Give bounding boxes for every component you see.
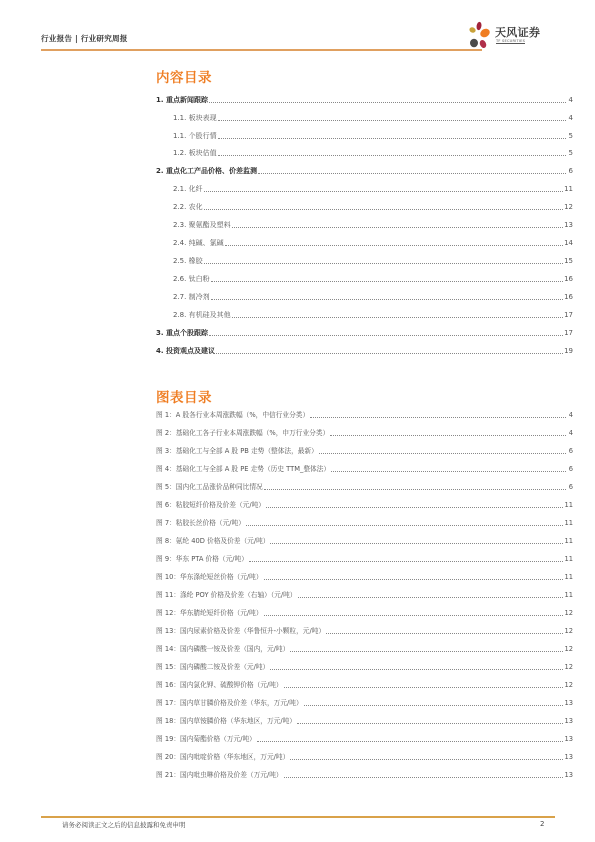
figure-entry[interactable]: 图 17：国内草甘膦价格及价差（华东，万元/吨） 13 (156, 696, 573, 708)
figure-entry-page: 13 (564, 716, 573, 726)
toc-entry-page: 5 (567, 131, 573, 141)
figure-entry-page: 4 (567, 410, 573, 420)
dot-leader (284, 686, 564, 688)
figure-entry[interactable]: 图 12：华东腈纶短纤价格（元/吨） 12 (156, 606, 573, 618)
figure-entry[interactable]: 图 15：国内磷酸二铵及价差（元/吨） 12 (156, 660, 573, 672)
figure-entry-label: 图 19：国内菊酯价格（万元/吨） (156, 734, 256, 744)
toc-entry-label: 4. 投资观点及建议 (156, 346, 215, 356)
toc-entry[interactable]: 2.8. 有机硅及其他 17 (156, 308, 573, 320)
figure-entry-page: 6 (567, 482, 573, 492)
toc-entry-label: 2.4. 纯碱、氯碱 (173, 238, 224, 248)
figure-entry-page: 6 (567, 446, 573, 456)
figure-entry-label: 图 9：华东 PTA 价格（元/吨） (156, 554, 248, 564)
figure-entry[interactable]: 图 11：涤纶 POY 价格及价差（右轴）（元/吨） 11 (156, 588, 573, 600)
toc-entry-page: 16 (564, 274, 573, 284)
figure-entry-label: 图 16：国内氯化钾、硫酸钾价格（元/吨） (156, 680, 283, 690)
figure-entry-page: 12 (564, 608, 573, 618)
toc-entry[interactable]: 2.6. 钛白粉 16 (156, 272, 573, 284)
dot-leader (297, 722, 564, 724)
dot-leader (204, 208, 563, 210)
dot-leader (211, 280, 563, 282)
figure-entry-label: 图 4：基础化工与全部 A 股 PE 走势（历史 TTM_整体法） (156, 464, 330, 474)
figure-entry-label: 图 12：华东腈纶短纤价格（元/吨） (156, 608, 263, 618)
dot-leader (204, 262, 563, 264)
toc-entry[interactable]: 2.2. 农化 12 (156, 200, 573, 212)
figure-entry-page: 11 (564, 572, 573, 582)
footer-divider (41, 816, 555, 818)
toc-entry-label: 2. 重点化工产品价格、价差监测 (156, 166, 257, 176)
logo-english-name: TF SECURITIES (496, 39, 525, 44)
toc-entry[interactable]: 2. 重点化工产品价格、价差监测 6 (156, 164, 573, 176)
dot-leader (284, 776, 564, 778)
figure-entry-page: 12 (564, 680, 573, 690)
dot-leader (270, 668, 563, 670)
toc-entry-page: 4 (567, 113, 573, 123)
figure-entry-label: 图 5：国内化工品涨价品种同比情况 (156, 482, 263, 492)
figure-entry[interactable]: 图 10：华东涤纶短丝价格（元/吨） 11 (156, 570, 573, 582)
dot-leader (218, 137, 566, 139)
dot-leader (246, 524, 564, 526)
dot-leader (232, 316, 563, 318)
dot-leader (331, 470, 566, 472)
dot-leader (225, 244, 563, 246)
figure-entry-label: 图 14：国内磷酸一铵及价差（国内，元/吨） (156, 644, 289, 654)
toc-entry-page: 17 (564, 310, 573, 320)
figure-entry-label: 图 8：氨纶 40D 价格及价差（元/吨） (156, 536, 269, 546)
figure-entry[interactable]: 图 9：华东 PTA 价格（元/吨） 11 (156, 552, 573, 564)
dot-leader (204, 190, 563, 192)
figure-entry-page: 12 (564, 644, 573, 654)
toc-title: 内容目录 (156, 66, 212, 86)
toc-entry[interactable]: 2.3. 聚氨酯及塑料 13 (156, 218, 573, 230)
company-logo: 天风证券 TF SECURITIES (468, 21, 578, 51)
dot-leader (249, 560, 564, 562)
toc-entry[interactable]: 4. 投资观点及建议 19 (156, 344, 573, 356)
toc-entry[interactable]: 2.4. 纯碱、氯碱 14 (156, 236, 573, 248)
dot-leader (290, 650, 563, 652)
dot-leader (304, 704, 564, 706)
dot-leader (264, 488, 566, 490)
toc-entry[interactable]: 2.7. 制冷剂 16 (156, 290, 573, 302)
figure-entry[interactable]: 图 5：国内化工品涨价品种同比情况 6 (156, 480, 573, 492)
dot-leader (257, 740, 564, 742)
toc-entry-page: 19 (564, 346, 573, 356)
figure-entry-page: 13 (564, 770, 573, 780)
dot-leader (209, 101, 566, 103)
figure-entry-page: 11 (564, 518, 573, 528)
figure-entry[interactable]: 图 1：A 股各行业本周涨跌幅（%，中信行业分类） 4 (156, 408, 573, 420)
dot-leader (330, 434, 566, 436)
figure-entry-page: 4 (567, 428, 573, 438)
toc-entry-label: 1.1. 个股行情 (173, 131, 217, 141)
page-number: 2 (540, 820, 544, 828)
toc-entry-page: 14 (564, 238, 573, 248)
dot-leader (326, 632, 563, 634)
dot-leader (264, 614, 564, 616)
toc-entry-page: 13 (564, 220, 573, 230)
disclaimer-notice: 请务必阅读正文之后的信息披露和免责申明 (62, 820, 186, 829)
header-divider (41, 49, 482, 51)
figure-entry-page: 11 (564, 500, 573, 510)
figure-entry[interactable]: 图 16：国内氯化钾、硫酸钾价格（元/吨） 12 (156, 678, 573, 690)
toc-entry-page: 12 (564, 202, 573, 212)
toc-entry-page: 11 (564, 184, 573, 194)
dot-leader (232, 226, 563, 228)
toc-entry-label: 3. 重点个股跟踪 (156, 328, 208, 338)
toc-entry-page: 16 (564, 292, 573, 302)
dot-leader (211, 298, 563, 300)
toc-entry[interactable]: 2.5. 橡胶 15 (156, 254, 573, 266)
toc-entry-label: 2.6. 钛白粉 (173, 274, 210, 284)
figure-entry-page: 12 (564, 662, 573, 672)
toc-entry-label: 2.3. 聚氨酯及塑料 (173, 220, 231, 230)
dot-leader (310, 416, 566, 418)
dot-leader (290, 758, 563, 760)
toc-entry-label: 1. 重点新闻跟踪 (156, 95, 208, 105)
toc-entry-page: 5 (567, 148, 573, 158)
figure-entry[interactable]: 图 4：基础化工与全部 A 股 PE 走势（历史 TTM_整体法） 6 (156, 462, 573, 474)
figure-entry[interactable]: 图 8：氨纶 40D 价格及价差（元/吨） 11 (156, 534, 573, 546)
figure-entry-page: 12 (564, 626, 573, 636)
toc-entry-label: 2.7. 制冷剂 (173, 292, 210, 302)
toc-entry[interactable]: 2.1. 化纤 11 (156, 182, 573, 194)
toc-entry[interactable]: 3. 重点个股跟踪 17 (156, 326, 573, 338)
figure-entry[interactable]: 图 2：基础化工各子行业本周涨跌幅（%，申万行业分类） 4 (156, 426, 573, 438)
toc-entry[interactable]: 1. 重点新闻跟踪 4 (156, 93, 573, 105)
toc-entry-label: 2.8. 有机硅及其他 (173, 310, 231, 320)
toc-entry-label: 1.1. 板块表现 (173, 113, 217, 123)
toc-entry-label: 1.2. 板块估值 (173, 148, 217, 158)
dot-leader (266, 506, 564, 508)
figure-entry[interactable]: 图 19：国内菊酯价格（万元/吨） 13 (156, 732, 573, 744)
toc-entry-label: 2.5. 橡胶 (173, 256, 203, 266)
toc-entry-page: 4 (567, 95, 573, 105)
figure-entry-page: 11 (564, 590, 573, 600)
figure-entry-label: 图 3：基础化工与全部 A 股 PB 走势（整体法，最新） (156, 446, 318, 456)
figure-entry-label: 图 17：国内草甘膦价格及价差（华东，万元/吨） (156, 698, 303, 708)
figure-entry-label: 图 11：涤纶 POY 价格及价差（右轴）（元/吨） (156, 590, 297, 600)
dot-leader (264, 578, 564, 580)
figure-entry-label: 图 6：粘胶短纤价格及价差（元/吨） (156, 500, 265, 510)
dot-leader (270, 542, 563, 544)
toc-entry-page: 15 (564, 256, 573, 266)
figure-entry-label: 图 1：A 股各行业本周涨跌幅（%，中信行业分类） (156, 410, 309, 420)
figure-entry-label: 图 13：国内尿素价格及价差（华鲁恒升-小颗粒，元/吨） (156, 626, 325, 636)
page-header: 行业报告 | 行业研究周报 (41, 22, 482, 52)
dot-leader (218, 154, 566, 156)
dot-leader (298, 596, 564, 598)
figure-entry[interactable]: 图 7：粘胶长丝价格（元/吨） 11 (156, 516, 573, 528)
report-type-title: 行业报告 | 行业研究周报 (41, 33, 128, 44)
dot-leader (209, 334, 563, 336)
toc-entry[interactable]: 1.2. 板块估值 5 (156, 146, 573, 158)
dot-leader (216, 352, 563, 354)
logo-chinese-name: 天风证券 (495, 24, 540, 40)
figure-entry-label: 图 15：国内磷酸二铵及价差（元/吨） (156, 662, 269, 672)
figure-entry-page: 6 (567, 464, 573, 474)
tf-logo-icon (468, 21, 492, 51)
figure-entry-label: 图 2：基础化工各子行业本周涨跌幅（%，申万行业分类） (156, 428, 329, 438)
toc-entry-label: 2.2. 农化 (173, 202, 203, 212)
toc-entry-page: 6 (567, 166, 573, 176)
toc-entry[interactable]: 1.1. 个股行情 5 (156, 129, 573, 141)
figure-entry[interactable]: 图 14：国内磷酸一铵及价差（国内，元/吨） 12 (156, 642, 573, 654)
figure-entry[interactable]: 图 13：国内尿素价格及价差（华鲁恒升-小颗粒，元/吨） 12 (156, 624, 573, 636)
figure-entry-page: 11 (564, 554, 573, 564)
toc-entry[interactable]: 1.1. 板块表现 4 (156, 111, 573, 123)
toc-entry-page: 17 (564, 328, 573, 338)
figure-entry-label: 图 7：粘胶长丝价格（元/吨） (156, 518, 245, 528)
figure-entry-label: 图 21：国内吡虫啉价格及价差（万元/吨） (156, 770, 283, 780)
figure-entry[interactable]: 图 20：国内吡啶价格（华东地区，万元/吨） 13 (156, 750, 573, 762)
figure-entry-page: 13 (564, 734, 573, 744)
figure-list-title: 图表目录 (156, 386, 212, 406)
dot-leader (218, 119, 566, 121)
figure-entry-page: 13 (564, 752, 573, 762)
dot-leader (258, 172, 566, 174)
figure-entry[interactable]: 图 6：粘胶短纤价格及价差（元/吨） 11 (156, 498, 573, 510)
toc-entry-label: 2.1. 化纤 (173, 184, 203, 194)
figure-entry-page: 13 (564, 698, 573, 708)
figure-entry-label: 图 20：国内吡啶价格（华东地区，万元/吨） (156, 752, 289, 762)
figure-entry-label: 图 10：华东涤纶短丝价格（元/吨） (156, 572, 263, 582)
figure-entry-page: 11 (564, 536, 573, 546)
figure-entry[interactable]: 图 18：国内草铵膦价格（华东地区，万元/吨） 13 (156, 714, 573, 726)
figure-entry[interactable]: 图 21：国内吡虫啉价格及价差（万元/吨） 13 (156, 768, 573, 780)
dot-leader (319, 452, 566, 454)
figure-entry[interactable]: 图 3：基础化工与全部 A 股 PB 走势（整体法，最新） 6 (156, 444, 573, 456)
figure-entry-label: 图 18：国内草铵膦价格（华东地区，万元/吨） (156, 716, 296, 726)
